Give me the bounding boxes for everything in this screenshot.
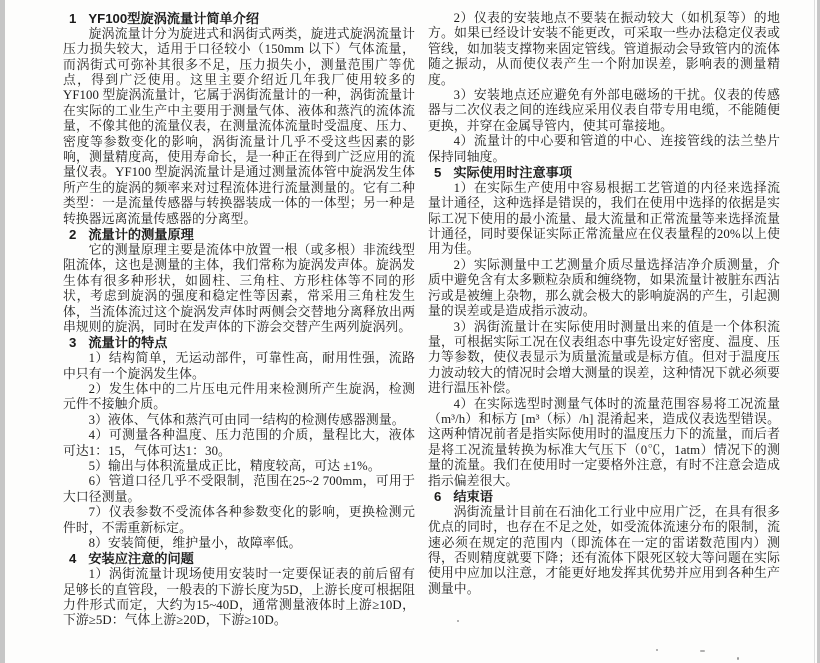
section-heading-3: 3流量计的特点 bbox=[63, 335, 415, 351]
section-heading-6: 6结束语 bbox=[428, 489, 780, 505]
feature-item-8: 8）安装简便，维护量小，故障率低。 bbox=[63, 536, 415, 551]
usage-item-2: 2）实际测量中工艺测量介质尽量选择洁净介质测量，介质中避免含有太多颗粒杂质和缠绕… bbox=[428, 258, 780, 320]
feature-item-6: 6）管道口径几乎不受限制，范围在25~2 700mm，可用于大口径测量。 bbox=[63, 474, 415, 505]
feature-item-5: 5）输出与体积流量成正比，精度较高，可达 ±1%。 bbox=[63, 459, 415, 474]
section-title: YF100型旋涡流量计简单介绍 bbox=[88, 11, 259, 26]
section-title: 流量计的测量原理 bbox=[88, 227, 194, 242]
document-body: 1YF100型旋涡流量计简单介绍 旋涡流量计分为旋进式和涡街式两类，旋进式旋涡流… bbox=[63, 11, 780, 629]
section-heading-1: 1YF100型旋涡流量计简单介绍 bbox=[63, 11, 415, 27]
section-number: 5 bbox=[434, 165, 441, 181]
section-title: 安装应注意的问题 bbox=[88, 551, 194, 566]
section-heading-4: 4安装应注意的问题 bbox=[63, 551, 415, 567]
section-title: 结束语 bbox=[453, 489, 493, 504]
install-item-1: 1）涡街流量计现场使用安装时一定要保证表的前后留有足够长的直管段，一般表的下游长… bbox=[63, 567, 415, 629]
column-left: 1YF100型旋涡流量计简单介绍 旋涡流量计分为旋进式和涡街式两类，旋进式旋涡流… bbox=[63, 11, 415, 629]
section-number: 4 bbox=[69, 551, 76, 567]
section-title: 实际使用时注意事项 bbox=[453, 165, 572, 180]
install-item-4: 4）流量计的中心要和管道的中心、连接管线的法兰垫片保持同轴度。 bbox=[428, 134, 780, 165]
scanned-document-page: 1YF100型旋涡流量计简单介绍 旋涡流量计分为旋进式和涡街式两类，旋进式旋涡流… bbox=[0, 0, 820, 663]
paragraph-principle: 它的测量原理主要是流体中放置一根（或多根）非流线型阻流体，这也是测量的主体，我们… bbox=[63, 243, 415, 335]
scan-speckle bbox=[700, 650, 705, 652]
column-right: 2）仪表的安装地点不要装在振动较大（如机泵等）的地方。如果已经设计安装不能更改，… bbox=[428, 11, 780, 629]
usage-item-4: 4）在实际选型时测量气体时的流量范围容易将工况流量（m³/h）和标方 [m³（标… bbox=[428, 397, 780, 489]
feature-item-2: 2）发生体中的二片压电元件用来检测所产生旋涡，检测元件不接触介质。 bbox=[63, 382, 415, 413]
section-heading-2: 2流量计的测量原理 bbox=[63, 227, 415, 243]
scan-speckle bbox=[737, 657, 739, 660]
install-item-2: 2）仪表的安装地点不要装在振动较大（如机泵等）的地方。如果已经设计安装不能更改，… bbox=[428, 11, 780, 88]
paragraph-intro: 旋涡流量计分为旋进式和涡街式两类，旋进式旋涡流量计压力损失较大，适用于口径较小（… bbox=[63, 27, 415, 227]
scan-speckle bbox=[457, 620, 459, 622]
feature-item-4: 4）可测量各种温度、压力范围的介质，量程比大，液体可达1：15，气体可达1：30… bbox=[63, 428, 415, 459]
feature-item-1: 1）结构简单，无运动部件，可靠性高，耐用性强，流路中只有一个旋涡发生体。 bbox=[63, 351, 415, 382]
feature-item-7: 7）仪表参数不受流体各种参数变化的影响，更换检测元件时，不需重新标定。 bbox=[63, 505, 415, 536]
feature-item-3: 3）液体、气体和蒸汽可由同一结构的检测传感器测量。 bbox=[63, 413, 415, 428]
section-number: 1 bbox=[69, 11, 76, 27]
install-item-3: 3）安装地点还应避免有外部电磁场的干扰。仪表的传感器与二次仪表之间的连线应采用仪… bbox=[428, 88, 780, 134]
scan-edge-left bbox=[0, 0, 5, 663]
paragraph-conclusion: 涡街流量计目前在石油化工行业中应用广泛，在具有很多优点的同时，也存在不足之处，如… bbox=[428, 505, 780, 597]
usage-item-1: 1）在实际生产使用中容易根据工艺管道的内径来选择流量计通径，这种选择是错误的，我… bbox=[428, 181, 780, 258]
section-number: 2 bbox=[69, 227, 76, 243]
section-title: 流量计的特点 bbox=[88, 335, 167, 350]
scan-speckle bbox=[656, 649, 658, 651]
section-number: 6 bbox=[434, 489, 441, 505]
scan-edge-line bbox=[814, 0, 815, 663]
section-number: 3 bbox=[69, 335, 76, 351]
section-heading-5: 5实际使用时注意事项 bbox=[428, 165, 780, 181]
usage-item-3: 3）涡街流量计在实际使用时测量出来的值是一个体积流量，可根据实际工况在仪表组态中… bbox=[428, 320, 780, 397]
